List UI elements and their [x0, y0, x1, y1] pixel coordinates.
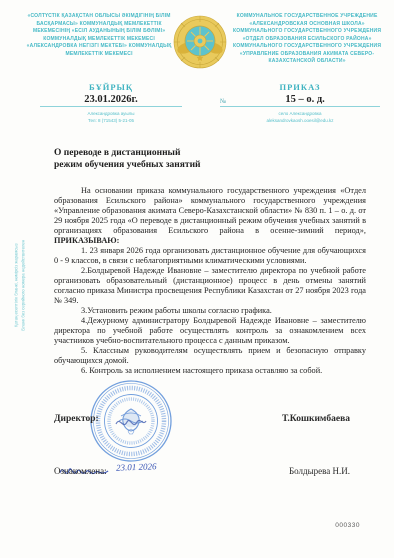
order-title-kk: БҰЙРЫҚ	[40, 82, 182, 92]
order-item-5: 5. Классным руководителям осуществлять п…	[54, 346, 366, 366]
subject-line-2: режим обучения учебных занятий	[54, 159, 394, 171]
director-signature-row: Директор: Т.Кошкимбаева	[54, 414, 350, 424]
letterhead-kazakh-text: «СОЛТҮСТІК ҚАЗАҚСТАН ОБЛЫСЫ ӘКІМДІГІНІҢ …	[26, 13, 172, 58]
order-number-row: № 15 – о. д.	[220, 94, 380, 107]
order-header-russian: ПРИКАЗ № 15 – о. д. село Александровка a…	[220, 82, 380, 125]
order-date: 23.01.2026г.	[40, 94, 182, 107]
letterhead: «СОЛТҮСТІК ҚАЗАҚСТАН ОБЛЫСЫ ӘКІМДІГІНІҢ …	[0, 0, 394, 70]
strict-reporting-side-note: Қатаң есептілік бланкі, нөмірсіз жарамсы…	[13, 187, 28, 383]
order-place-email: село Александровка aleksandrovkaosh.ooes…	[220, 111, 380, 125]
order-item-1: 1. 23 января 2026 года организовать дист…	[54, 246, 366, 266]
acknowledged-label: Ознакомлена:	[54, 466, 107, 476]
order-place-phone: Александровка ауылы Тел: 8 (71543) 5-21-…	[40, 111, 182, 125]
order-header-kazakh: БҰЙРЫҚ 23.01.2026г. Александровка ауылы …	[40, 82, 182, 125]
order-item-2: 2.Болдыревой Надежде Ивановне – заместит…	[54, 266, 366, 306]
acknowledged-row: Ознакомлена: Болдырева Н.И.	[54, 466, 350, 476]
order-phone: Тел: 8 (71543) 5-21-05	[40, 118, 182, 125]
letterhead-russian-text: КОММУНАЛЬНОЕ ГОСУДАРСТВЕННОЕ УЧРЕЖДЕНИЕ …	[228, 13, 386, 66]
order-subject: О переводе в дистанционный режим обучени…	[54, 147, 394, 172]
order-item-4: 4.Дежурному администратору Болдыревой На…	[54, 316, 366, 346]
subject-line-1: О переводе в дистанционный	[54, 147, 394, 159]
order-header: БҰЙРЫҚ 23.01.2026г. Александровка ауылы …	[0, 70, 394, 125]
form-serial-number: 000330	[335, 522, 360, 529]
order-item-3: 3.Установить режим работы школы согласно…	[54, 306, 366, 316]
signature-area: Директор: Т.Кошкимбаева 23.01 2026 Ознак…	[0, 376, 394, 516]
side-note-kazakh: Қатаң есептілік бланкі, нөмірсіз жарамсы…	[13, 187, 20, 383]
director-label: Директор:	[54, 414, 99, 424]
order-document-page: «СОЛТҮСТІК ҚАЗАҚСТАН ОБЛЫСЫ ӘКІМДІГІНІҢ …	[0, 0, 394, 558]
number-sign: №	[220, 98, 230, 105]
order-verb: ПРИКАЗЫВАЮ:	[54, 236, 119, 245]
order-body: На основании приказа коммунального госуд…	[54, 186, 366, 376]
order-place-ru: село Александровка	[220, 111, 380, 118]
kazakhstan-emblem-icon	[172, 14, 228, 70]
director-name: Т.Кошкимбаева	[282, 414, 350, 424]
order-title-ru: ПРИКАЗ	[220, 82, 380, 92]
order-number: 15 – о. д.	[230, 94, 380, 105]
acknowledged-name: Болдырева Н.И.	[289, 466, 350, 476]
order-email: aleksandrovkaosh.ooesil@edu.kz	[220, 118, 380, 125]
order-item-6: 6. Контроль за исполнением настоящего пр…	[54, 366, 366, 376]
intro-text: На основании приказа коммунального госуд…	[54, 186, 366, 235]
order-place-kk: Александровка ауылы	[40, 111, 182, 118]
side-note-russian: Бланк без серийного номера недействителе…	[20, 187, 27, 383]
intro-paragraph: На основании приказа коммунального госуд…	[54, 186, 366, 246]
